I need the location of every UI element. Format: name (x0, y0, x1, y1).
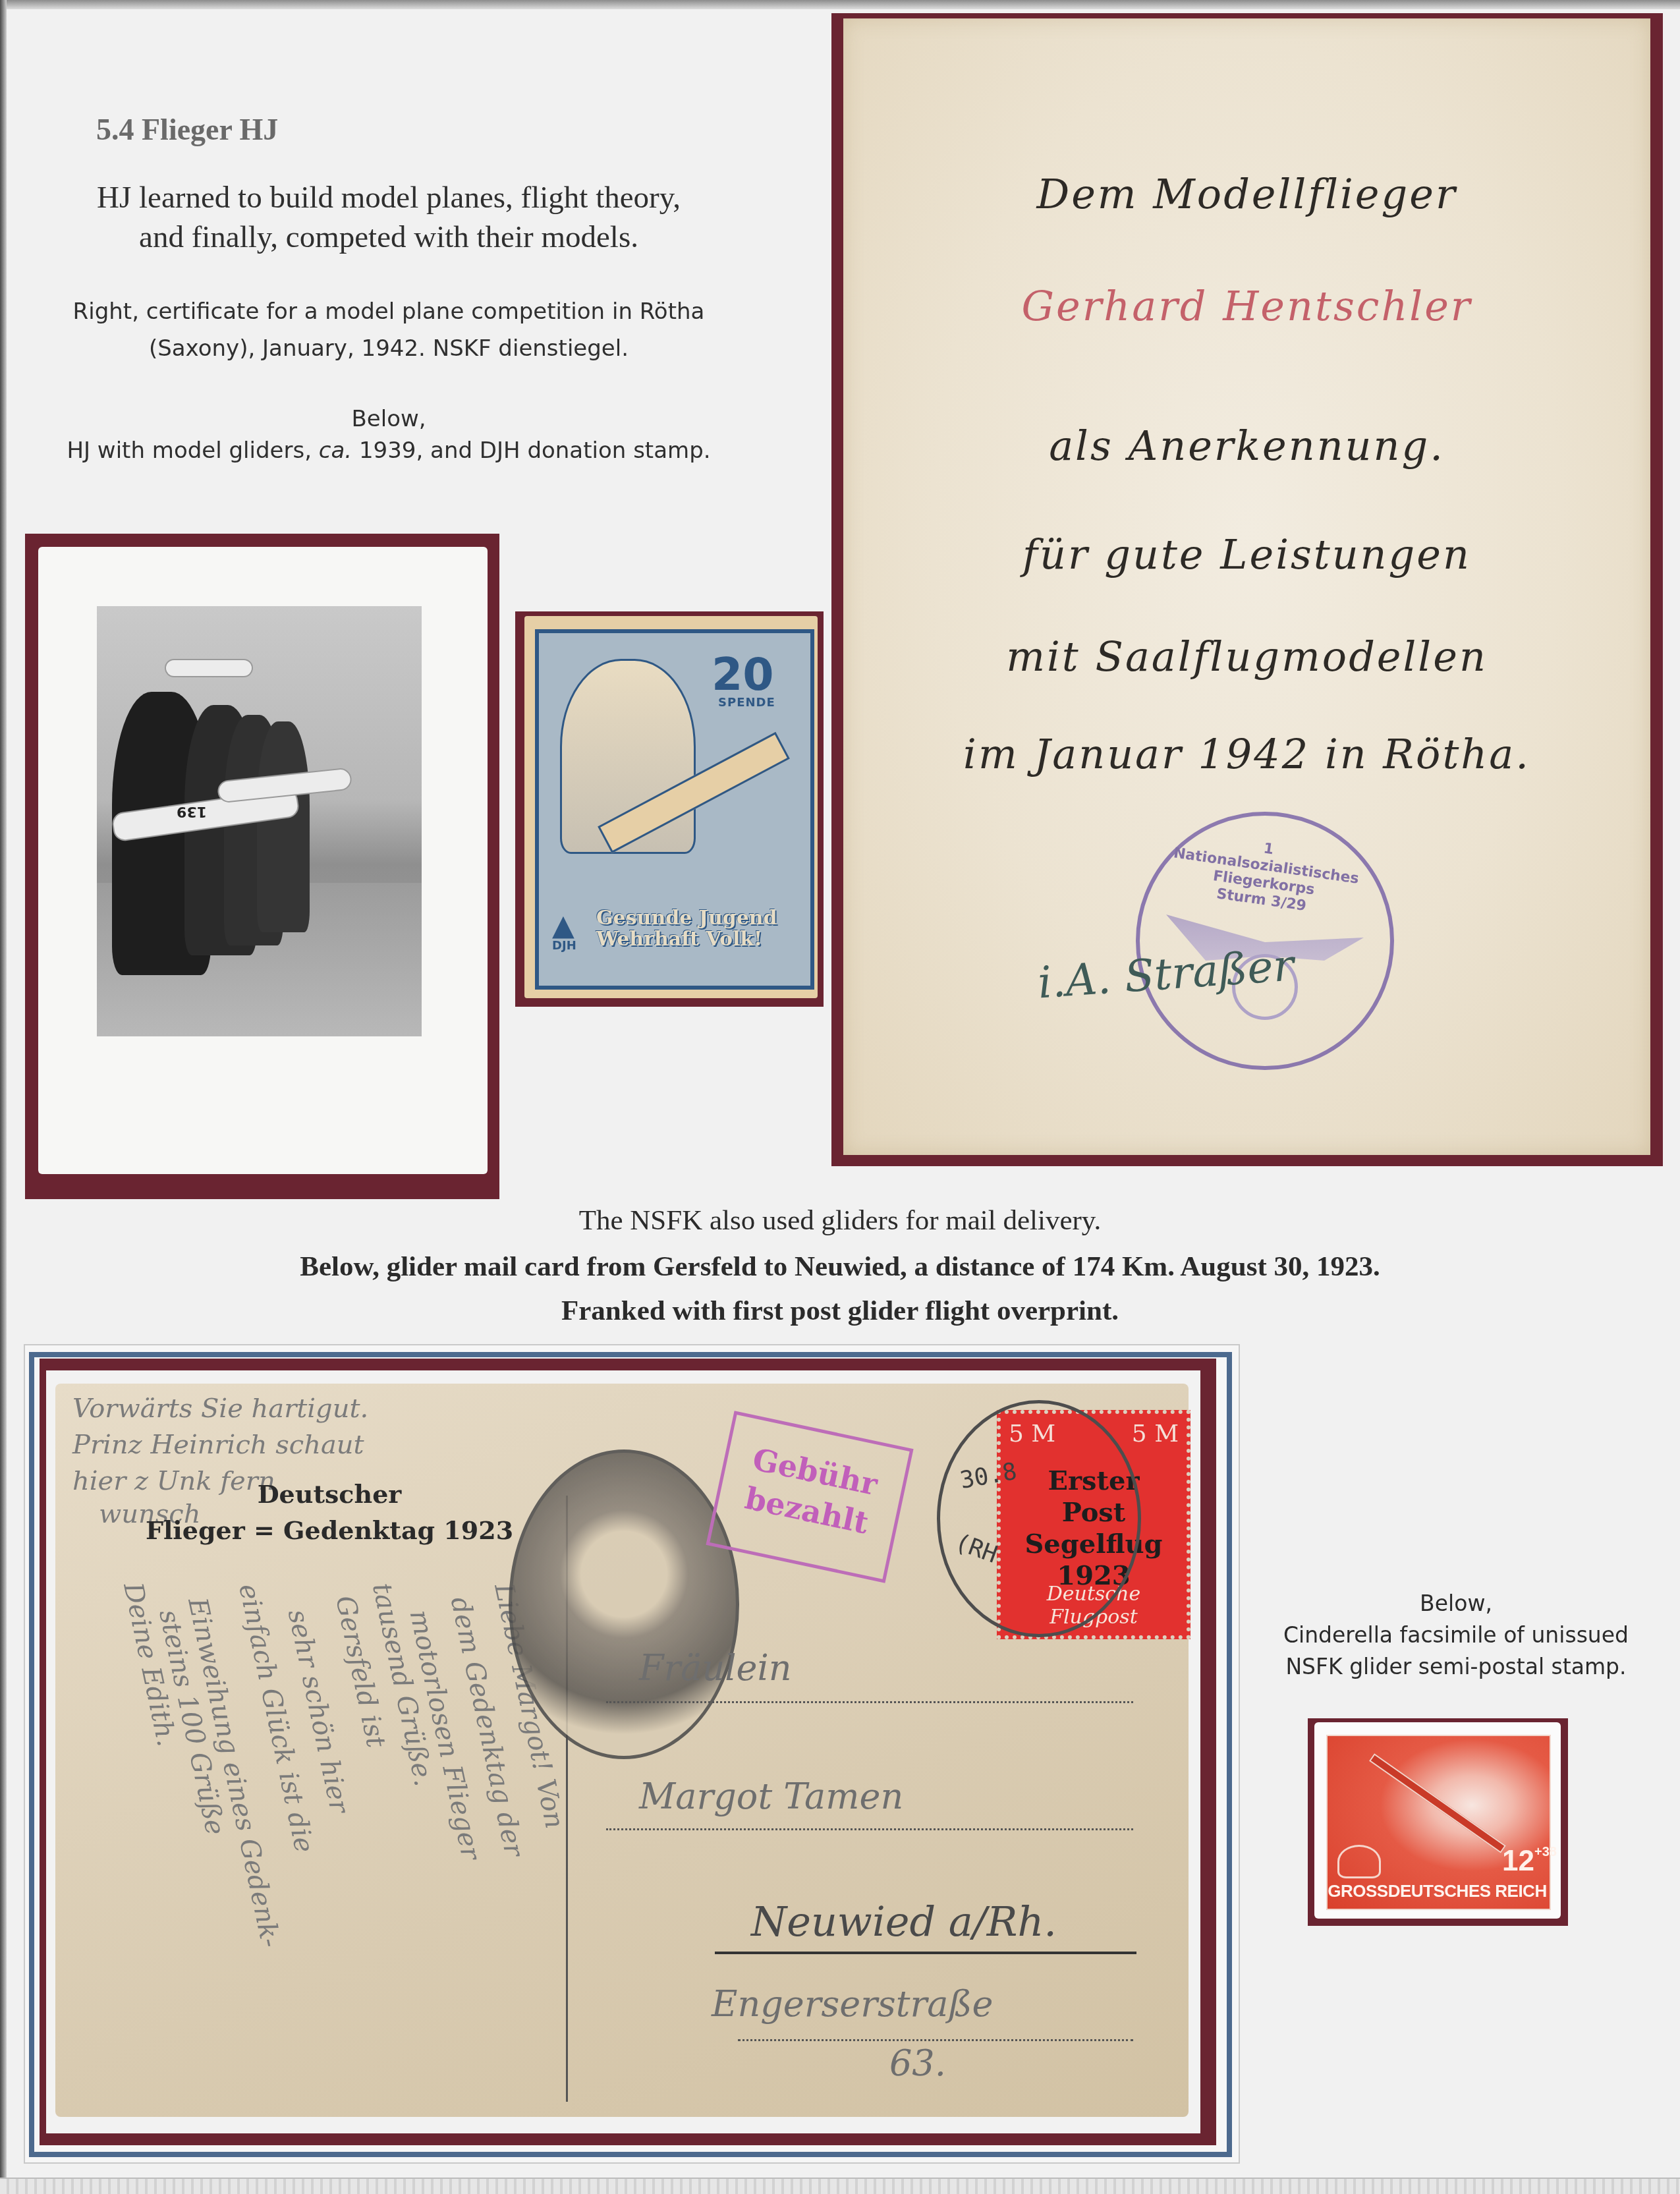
caption-text: 1939, and DJH donation stamp. (352, 437, 710, 464)
djh-stamp-value: 20 (712, 649, 774, 701)
caption-italic: ca. (319, 437, 352, 464)
glider-number: 139 (177, 803, 207, 820)
caption-line: Below, (1232, 1588, 1680, 1619)
certificate-recipient-name: Gerhard Hentschler (843, 282, 1650, 330)
address-line: Engerserstraße (712, 1983, 993, 2025)
djh-logo-icon: ▲ DJH (552, 913, 576, 953)
postmark-icon: 30.8 (RH (937, 1400, 1141, 1637)
value-surcharge: +38 (1534, 1845, 1557, 1859)
boy-figure (257, 721, 310, 932)
address-rule (606, 1701, 1133, 1703)
cinderella-stamp-value: 12+38 (1502, 1845, 1557, 1878)
glider-mail-caption: Franked with first post glider flight ov… (0, 1295, 1680, 1327)
caption-line: (Saxony), January, 1942. NSKF dienstiege… (20, 330, 758, 367)
caption-line: HJ with model gliders, ca. 1939, and DJH… (20, 435, 758, 466)
stamp-value-right: 5 M (1132, 1420, 1179, 1448)
intro-line: and finally, competed with their models. (20, 217, 758, 257)
handwriting-line: Vorwärts Sie hartigut. (72, 1393, 368, 1424)
caption-text: HJ with model gliders, (67, 437, 318, 464)
flieger-emblem-icon (509, 1449, 739, 1759)
address-line: 63. (889, 2042, 946, 2084)
page-left-edge (0, 0, 7, 2194)
slogan-line: Gesunde Jugend (596, 908, 804, 929)
address-line: Margot Tamen (639, 1776, 903, 1817)
postcard-printed-title: Deutscher Flieger = Gedenktag 1923 (99, 1476, 560, 1548)
section-heading: 5.4 Flieger HJ (96, 112, 278, 147)
certificate-line: als Anerkennung. (843, 422, 1650, 470)
cinderella-stamp-country: GROSSDEUTSCHES REICH (1326, 1881, 1548, 1901)
intro-text: HJ learned to build model planes, flight… (20, 178, 758, 257)
djh-logo-text: DJH (552, 939, 576, 953)
address-line: Fräulein (639, 1647, 792, 1689)
postmark-location: (RH (951, 1529, 1001, 1569)
caption-line: NSFK glider semi-postal stamp. (1232, 1651, 1680, 1683)
postmark-date: 30.8 (958, 1458, 1019, 1494)
cancel-text: Gebühr bezahlt (716, 1434, 905, 1548)
title-line: Flieger = Gedenktag 1923 (99, 1512, 560, 1548)
certificate-line: Dem Modellflieger (843, 170, 1650, 218)
handwriting-line: Prinz Heinrich schaut (72, 1430, 364, 1460)
caption-line: Below, (20, 403, 758, 435)
model-glider-icon (165, 659, 253, 677)
certificate-line: für gute Leistungen (843, 530, 1650, 578)
value-main: 12 (1502, 1845, 1534, 1877)
page-top-edge (0, 0, 1680, 9)
address-rule (738, 2039, 1133, 2041)
address-rule (606, 1828, 1133, 1830)
certificate-line: im Januar 1942 in Rötha. (843, 730, 1650, 778)
glider-mail-caption: Below, glider mail card from Gersfeld to… (0, 1251, 1680, 1283)
sheet-protector-edge (0, 2178, 1680, 2194)
caption-line: Right, certificate for a model plane com… (20, 293, 758, 330)
photo-caption: Below, HJ with model gliders, ca. 1939, … (20, 403, 758, 466)
intro-line: HJ learned to build model planes, flight… (20, 178, 758, 217)
cinderella-caption: Below, Cinderella facsimile of unissued … (1232, 1588, 1680, 1683)
slogan-line: Wehrhaft Volk! (596, 929, 804, 950)
glider-mail-caption: The NSFK also used gliders for mail deli… (0, 1204, 1680, 1237)
caption-line: Cinderella facsimile of unissued (1232, 1619, 1680, 1651)
address-line: Neuwied a/Rh. (751, 1898, 1057, 1946)
title-line: Deutscher (99, 1476, 560, 1512)
nsfk-emblem-icon (1337, 1845, 1381, 1878)
djh-stamp-label: SPENDE (718, 696, 775, 710)
nsfk-seal-icon: 1 Nationalsozialistisches Fliegerkorps S… (1136, 812, 1394, 1070)
certificate-caption: Right, certificate for a model plane com… (20, 293, 758, 367)
djh-slogan: Gesunde Jugend Wehrhaft Volk! (596, 908, 804, 950)
certificate-line: mit Saalflugmodellen (843, 633, 1650, 681)
address-rule (715, 1952, 1136, 1954)
